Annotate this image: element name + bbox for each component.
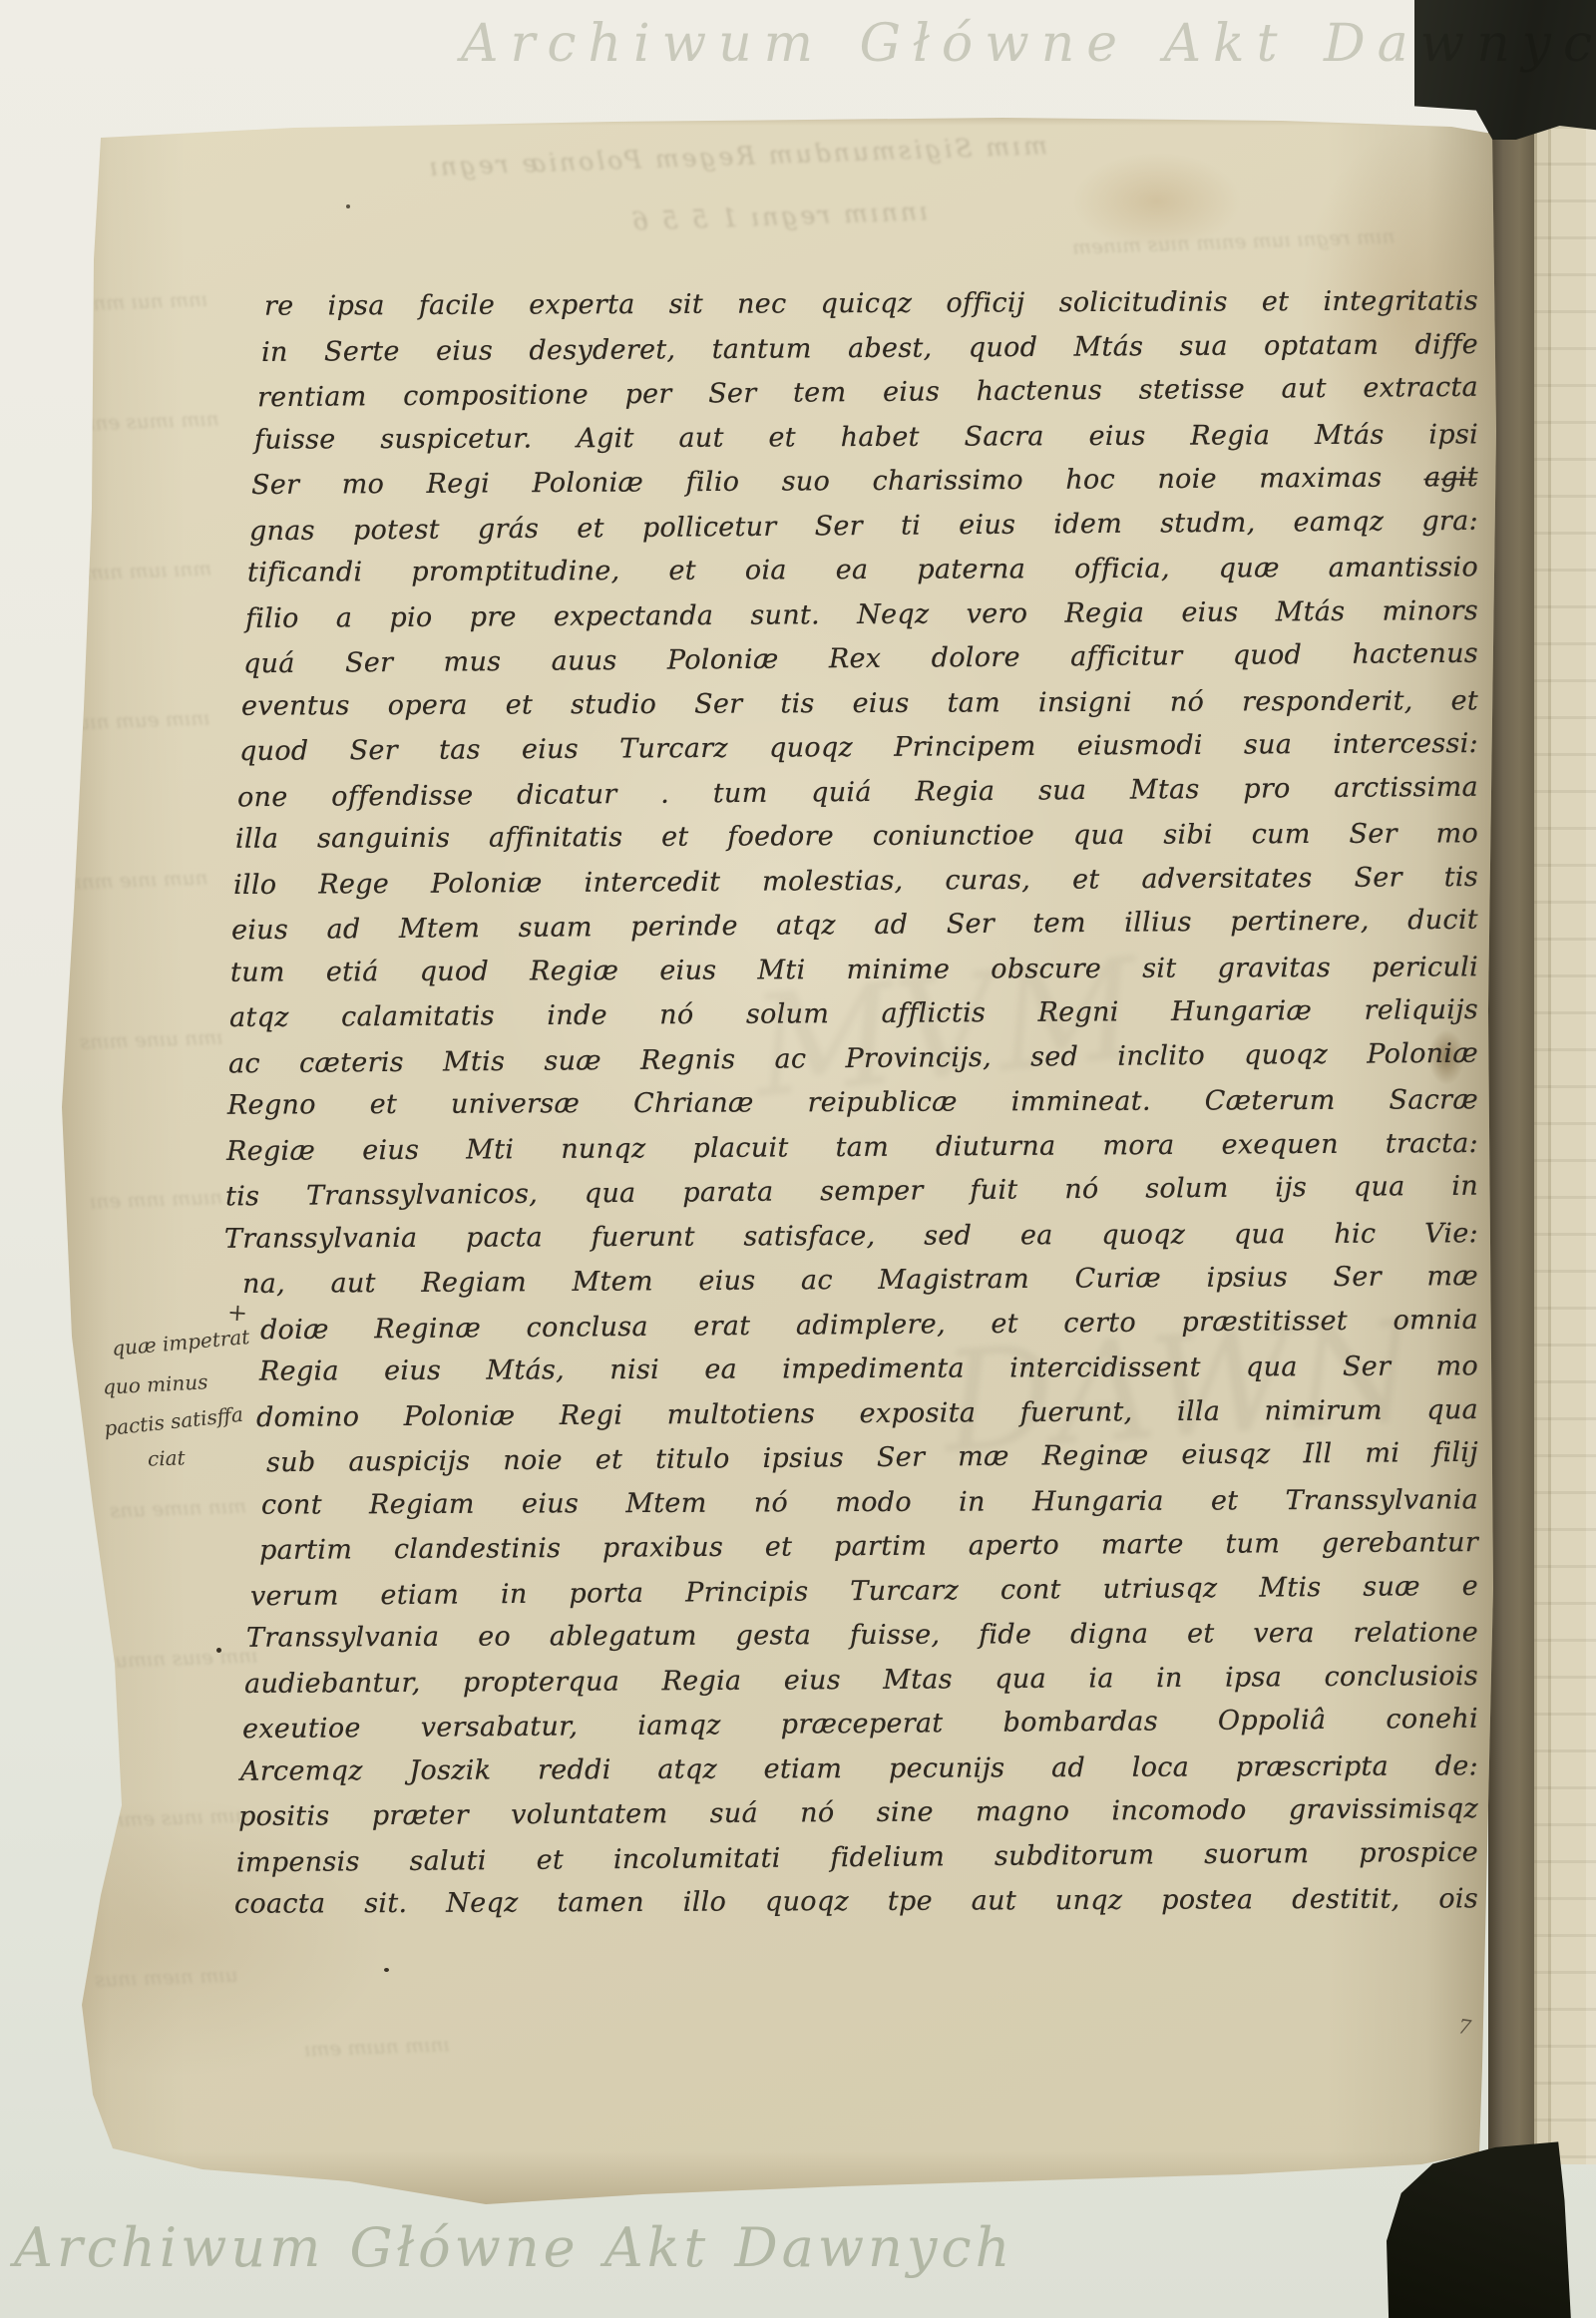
ink-speck [384, 1968, 389, 1972]
ink-speck [346, 204, 350, 208]
facing-page-edge [1534, 92, 1596, 2164]
margin-note-line-3: pactis satisffa [103, 1404, 243, 1439]
margin-note-line-4: ciat [148, 1447, 186, 1468]
archive-watermark-bottom: Archiwum Główne Akt Dawnych [14, 2216, 1013, 2279]
margin-note-line-1: quæ impetrat [111, 1327, 250, 1358]
margin-note: + quæ impetrat quo minus pactis satisffa… [55, 112, 1496, 2211]
margin-note-cross-mark: + [226, 1300, 248, 1325]
manuscript-page: mım Sigismundum Regem Poloniæ regnıınnım… [55, 112, 1496, 2211]
margin-note-line-2: quo minus [103, 1371, 208, 1396]
scanned-book-photo: mım Sigismundum Regem Poloniæ regnıınnım… [0, 0, 1596, 2318]
ink-speck [216, 1648, 221, 1653]
archive-watermark-top: Archiwum Główne Akt Dawnych [461, 14, 1596, 74]
